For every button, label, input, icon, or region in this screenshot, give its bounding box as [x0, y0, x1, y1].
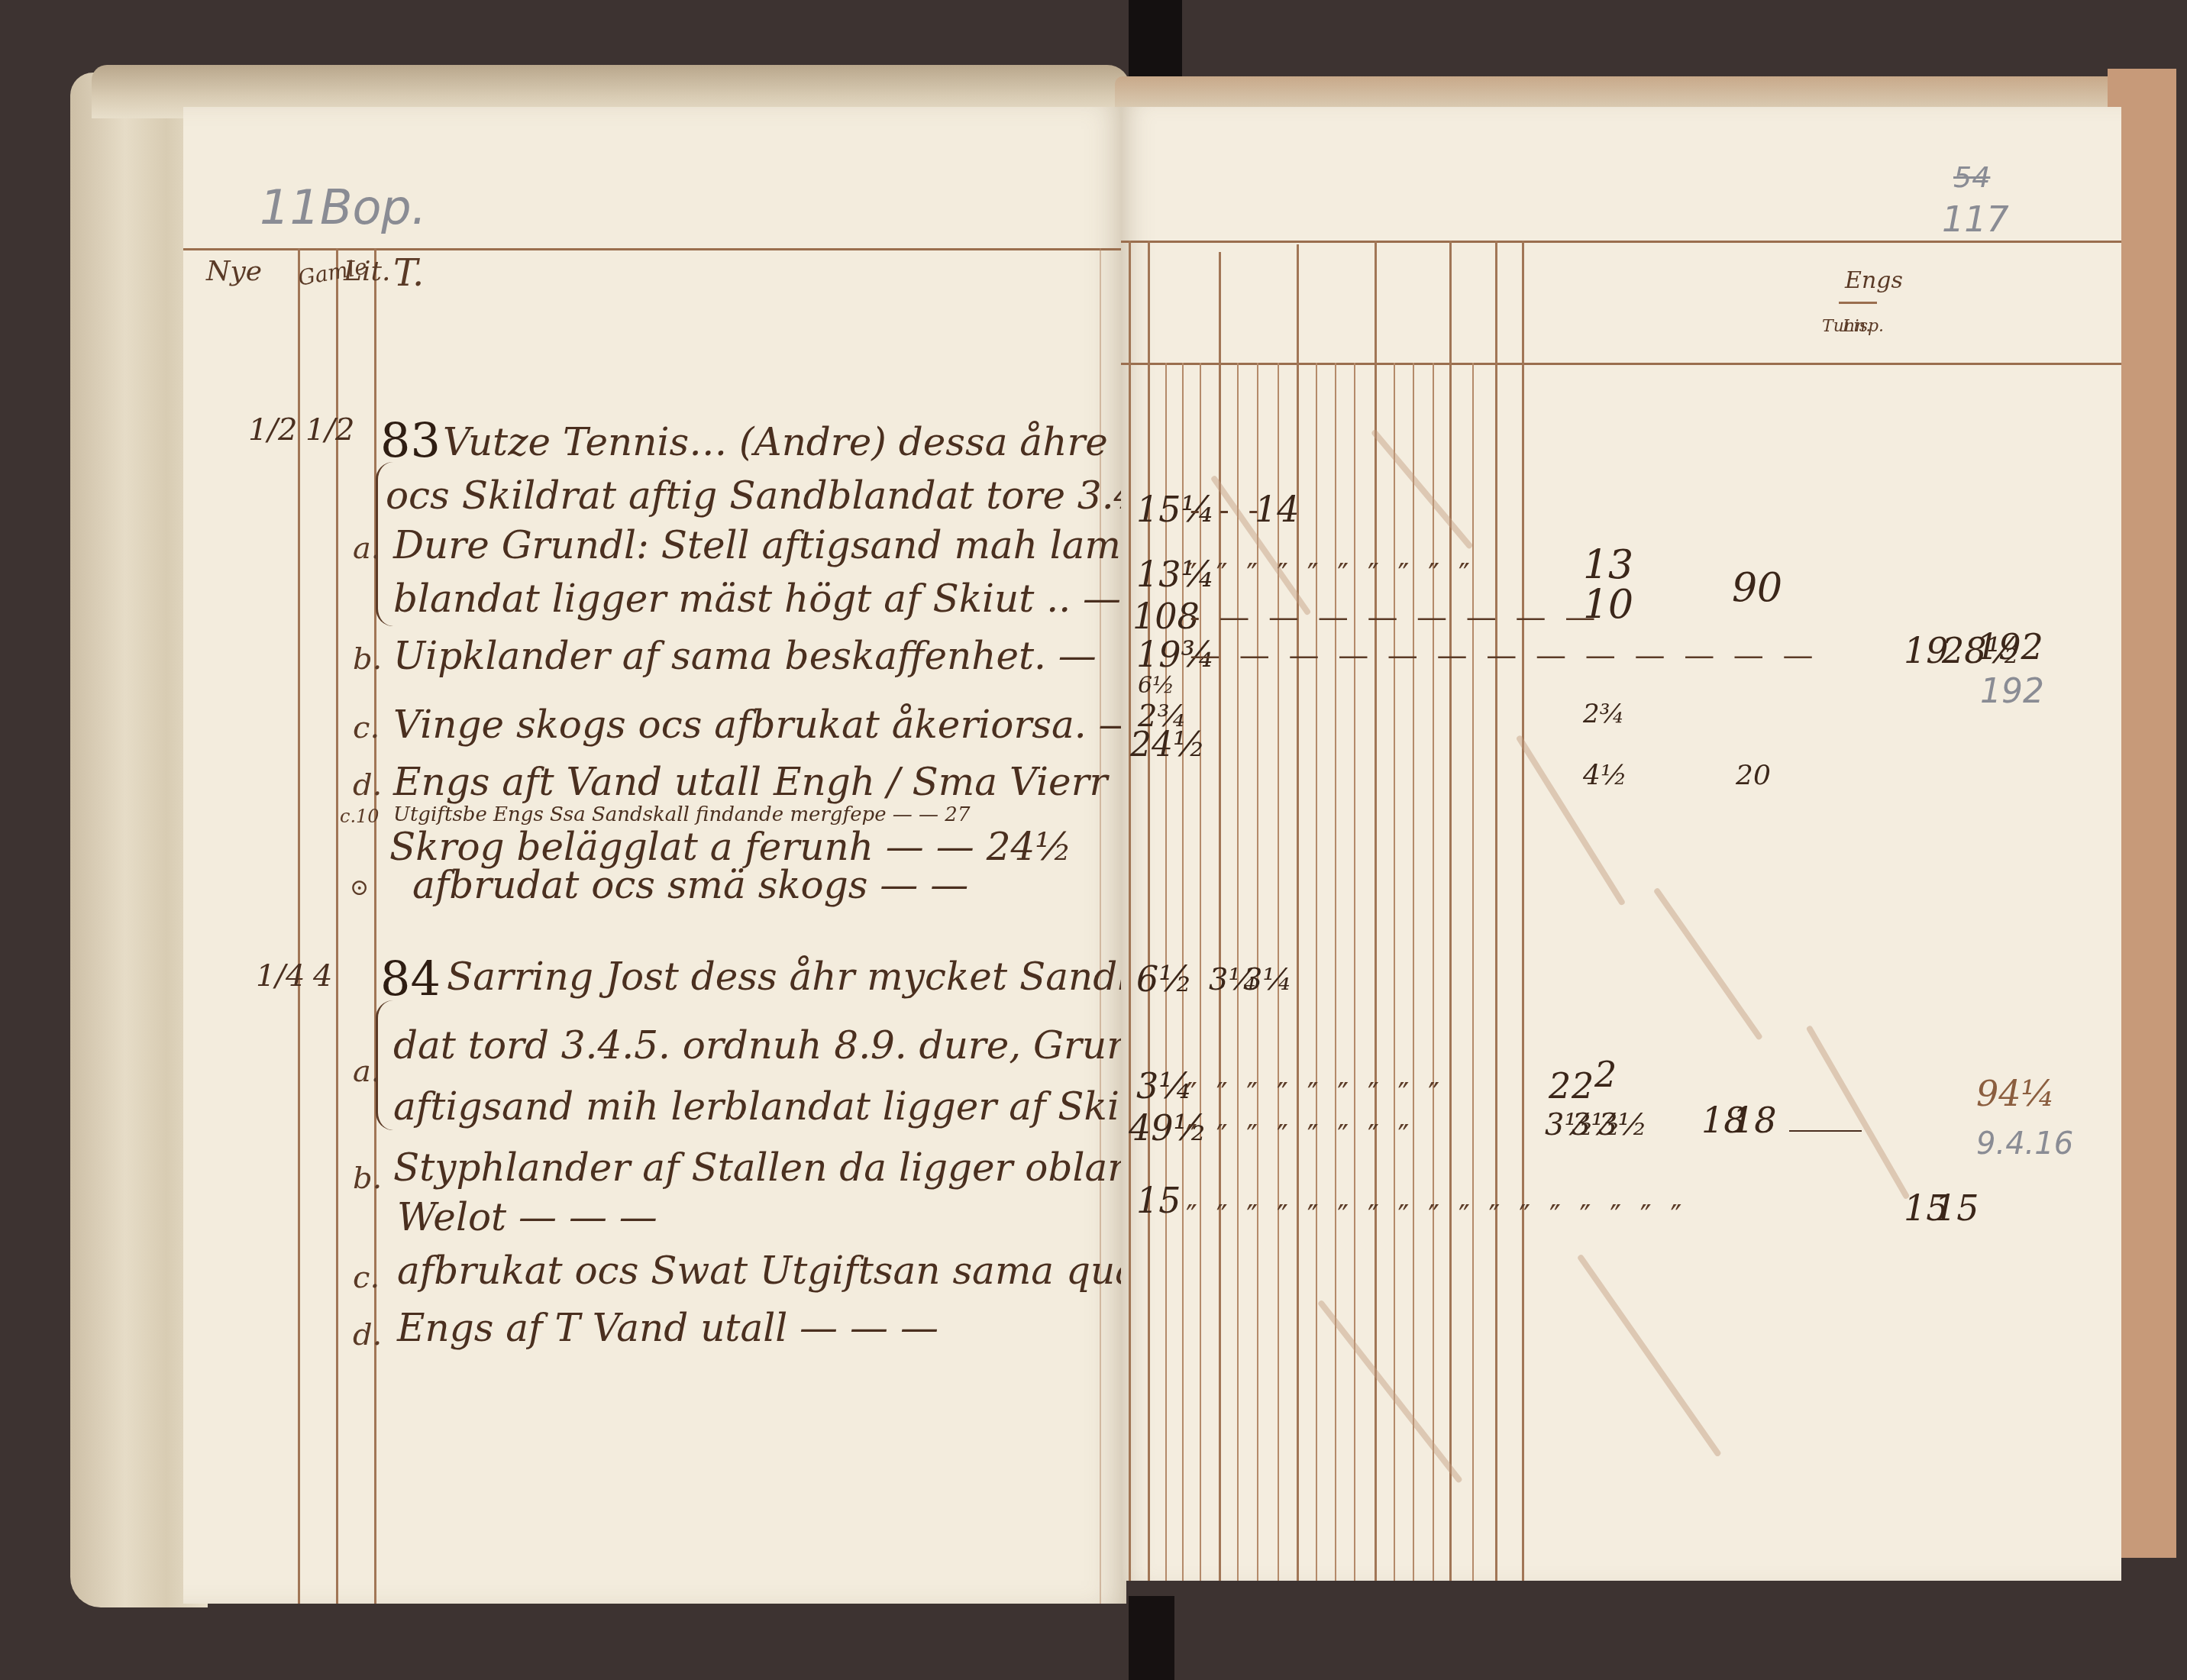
col-rule	[1522, 241, 1524, 1581]
col-rule	[1219, 252, 1221, 1581]
binding-gutter-bottom	[1129, 1596, 1174, 1680]
row-84b-value-3: 2	[1594, 1054, 1617, 1095]
right-page: 54 117 Engs Tunn. Lisp. 15¼ - - - 14 13¼…	[1121, 107, 2121, 1581]
entry-83-label-a: a.	[353, 531, 381, 566]
column-rule-text	[374, 248, 376, 1604]
col-rule-minor	[1354, 363, 1355, 1581]
col-rule	[1495, 241, 1497, 1581]
entry-84-line-1: Sarring Jost dess åhr mycket Sandblå	[447, 955, 1177, 999]
col-rule-minor	[1433, 363, 1434, 1581]
entry-83-number: 83	[380, 412, 441, 468]
entry-84-number: 84	[380, 951, 441, 1006]
header-box-top: Engs	[1845, 267, 1903, 294]
entry-84-label-c: c.	[353, 1260, 380, 1295]
entry-83-new-share: 1/2	[248, 412, 297, 447]
pencil-catalog-mark: 11Bop.	[260, 179, 426, 235]
entry-83-label-sun: ⊙	[350, 874, 369, 901]
col-rule-minor	[1413, 363, 1414, 1581]
header-box-divider	[1839, 302, 1877, 304]
entry-84-line-3: aftigsand mih lerblandat ligger af Skiut…	[393, 1084, 1210, 1129]
row-84d-first: 15	[1136, 1180, 1181, 1221]
col-rule-minor	[1200, 363, 1201, 1581]
row-83-pencil-total: 192	[1980, 672, 2044, 711]
entry-83-label-c: c.	[353, 710, 380, 745]
header-t: T.	[393, 252, 424, 295]
ink-bleed	[1653, 887, 1763, 1041]
row-84a-first: 6½	[1136, 958, 1193, 1000]
entry-84-line-7: Engs af T Vand utall — — —	[397, 1306, 938, 1350]
pencil-folio-crossed: 54	[1953, 160, 1990, 194]
row-84d-value-2: 15	[1934, 1187, 1979, 1229]
entry-83-line-5: Uipklander af sama beskaffenhet. —	[393, 634, 1097, 678]
entry-84-label-d: d.	[353, 1317, 382, 1352]
entry-83-line-10: afbrudat ocs smä skogs — —	[412, 863, 968, 907]
entry-83-line-2: ocs Skildrat aftig Sandblandat tore 3.4.…	[386, 473, 1211, 518]
entry-84-label-b: b.	[353, 1161, 382, 1196]
ink-bleed	[1806, 1025, 1911, 1200]
row-83a-value: 14	[1255, 489, 1300, 530]
row-83b-value: 13	[1583, 542, 1633, 588]
row-84c-value-5: 18	[1732, 1100, 1777, 1141]
entry-84-line-5: Welot — — —	[397, 1195, 657, 1239]
entry-84-new-share: 1/4	[256, 958, 305, 993]
entry-83-line-6: Vinge skogs ocs afbrukat åkeriorsa. — —	[393, 703, 1187, 747]
entry-84-label-a: a.	[353, 1054, 381, 1089]
col-rule	[1297, 244, 1299, 1581]
entry-83-line-4: blandat ligger mäst högt af Skiut .. —	[393, 577, 1121, 621]
header-rule-top	[1121, 241, 2121, 243]
row-84-total: 94¼	[1976, 1073, 2055, 1114]
row-84a-value-2: 3¼	[1243, 962, 1292, 997]
sum-line	[1789, 1130, 1862, 1132]
row-84-pencil-total: 9.4.16	[1976, 1126, 2073, 1161]
ditto-marks: ″ ″ ″ ″ ″ ″ ″ ″ ″ ″	[1186, 557, 1475, 593]
column-rule-new	[298, 248, 300, 1604]
entry-84-line-6: afbrukat ocs Swat Utgiftsan sama qualite…	[397, 1249, 1216, 1293]
entry-84-line-4: Styphlander af Stallen da ligger obland=	[393, 1145, 1188, 1190]
row-83sun-value-2: 20	[1736, 760, 1771, 791]
row-84b-first: 3¼	[1136, 1065, 1193, 1107]
row-83c-value-2: 90	[1732, 565, 1782, 611]
ink-bleed	[1371, 428, 1474, 549]
row-84c-value-3: 3½	[1598, 1107, 1647, 1142]
header-rule-bottom	[1121, 363, 2121, 365]
col-rule	[1148, 241, 1150, 1581]
pencil-folio: 117	[1942, 199, 2009, 240]
ink-bleed	[1577, 1254, 1722, 1458]
col-rule	[1129, 241, 1131, 1581]
entry-84-old-share: 4	[313, 958, 332, 993]
row-84b-value-2: 2	[1572, 1065, 1594, 1107]
header-rule	[183, 248, 1126, 250]
left-page: 11Bop. Nye Gamle Lit. T. 1/2 1/2 83 Vutz…	[183, 107, 1126, 1604]
entry-83-line-7: Engs aft Vand utall Engh / Sma Vierr	[393, 760, 1108, 804]
entry-83-label-c10: c.10	[340, 806, 380, 827]
entry-83-line-3: Dure Grundl: Stell aftigsand mah lam=	[393, 523, 1153, 567]
ink-bleed	[1317, 1300, 1463, 1484]
row-83c-value-1: 10	[1583, 582, 1633, 628]
header-box-lisp: Lisp.	[1843, 317, 1884, 336]
entry-83-old-share: 1/2	[305, 412, 354, 447]
col-rule	[1449, 241, 1452, 1581]
entry-84-line-2: dat tord 3.4.5. ordnuh 8.9. dure, Grund …	[393, 1023, 1210, 1068]
header-nye: Nye	[206, 256, 262, 287]
row-83c10b-value: 2¾	[1583, 699, 1625, 729]
column-rule-old	[336, 248, 338, 1604]
col-rule-minor	[1335, 363, 1336, 1581]
row-83c10-first: 6½	[1138, 672, 1174, 699]
row-83sun-value-1: 4½	[1583, 760, 1627, 791]
entry-83-label-b: b.	[353, 641, 382, 677]
page-top-edge-right	[1115, 76, 2130, 111]
col-rule-minor	[1316, 363, 1317, 1581]
row-83sun-first: 24½	[1130, 725, 1206, 764]
header-lit: Lit.	[344, 256, 390, 287]
entry-83-label-d: d.	[353, 767, 382, 803]
row-83-total: 192	[1976, 626, 2043, 667]
entry-83-line-8: Utgiftsbe Engs Ssa Sandskall findande me…	[393, 803, 970, 826]
row-84b-value-1: 2	[1549, 1065, 1571, 1107]
